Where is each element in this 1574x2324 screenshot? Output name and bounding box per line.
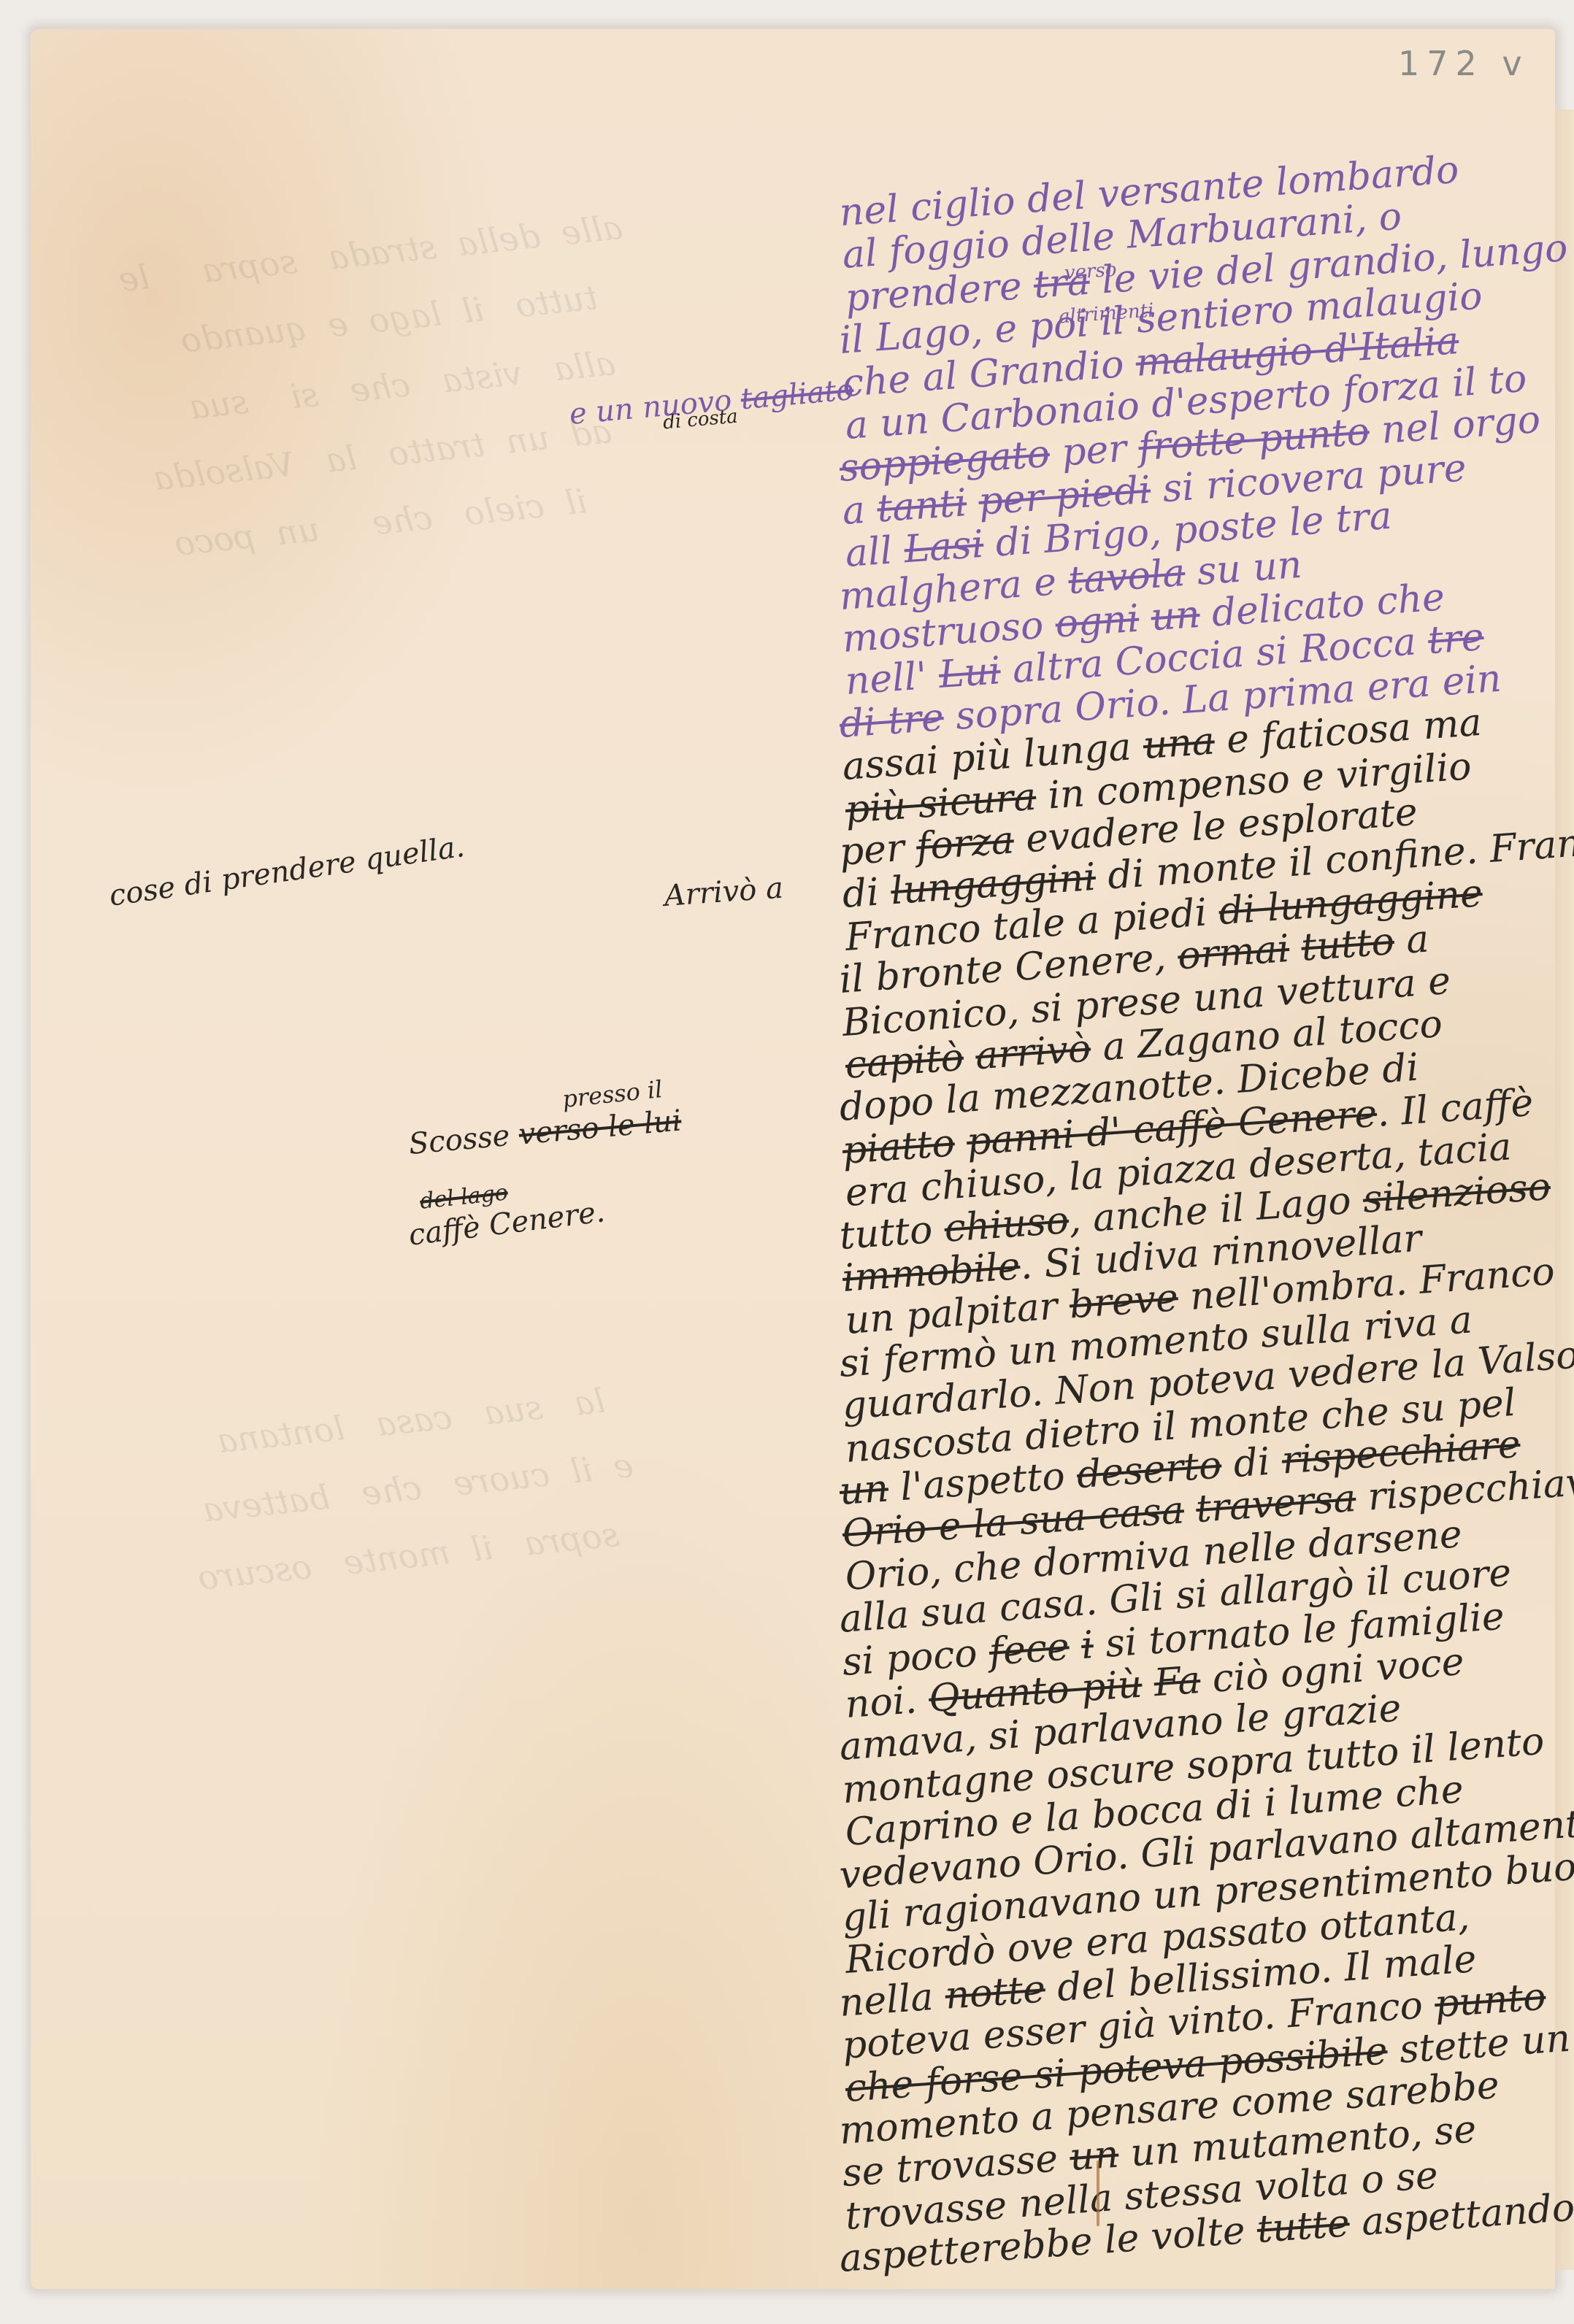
adjacent-leaf-edge — [1555, 109, 1574, 2270]
interlinear-insertion: verso — [1064, 258, 1117, 284]
bleed-through-text: alle della strada sopra le tutto il lago… — [115, 193, 654, 580]
folio-number: 172 v — [1398, 44, 1529, 83]
ink-drip-stain — [1097, 2161, 1099, 2226]
